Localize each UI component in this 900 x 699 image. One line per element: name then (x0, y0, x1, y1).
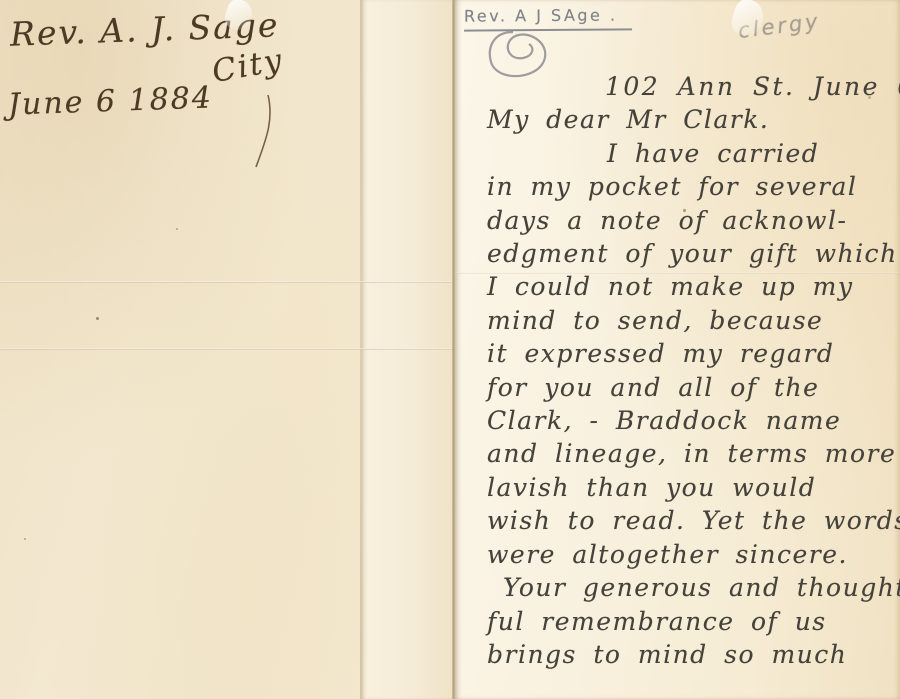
letter-line: days a note of acknowl- (487, 204, 895, 237)
letter-line: it expressed my regard (487, 337, 895, 370)
letter-salutation: My dear Mr Clark. (487, 103, 895, 136)
letter-body: I have carriedin my pocket for severalda… (487, 137, 895, 672)
letter-line: wish to read. Yet the words (487, 504, 895, 537)
recipient-city-annotation: City (209, 42, 286, 90)
letter-line: and lineage, in terms more (487, 437, 895, 470)
letter-text: 102 Ann St. June 6. 84. My dear Mr Clark… (487, 70, 895, 671)
paper-speck (176, 228, 178, 230)
letter-line: I have carried (487, 137, 895, 170)
paper-speck (868, 96, 871, 99)
letter-line: for you and all of the (487, 371, 895, 404)
pen-stroke-descender (248, 95, 278, 170)
letter-line: were altogether sincere. (487, 538, 895, 571)
letter-line: lavish than you would (487, 471, 895, 504)
letter-line: edgment of your gift which (487, 237, 895, 270)
letter-scan: Rev. A. J. Sage City June 6 1884 Rev. A … (0, 0, 900, 699)
horizontal-fold-crease (0, 281, 455, 283)
letter-line: in my pocket for several (487, 170, 895, 203)
paper-speck (24, 538, 26, 540)
letter-line: Your generous and thought- (487, 571, 895, 604)
horizontal-fold-crease (0, 348, 455, 350)
paper-speck (498, 653, 500, 655)
letter-dateline: 102 Ann St. June 6. 84. (487, 70, 895, 103)
paper-speck (683, 209, 686, 212)
date-annotation: June 6 1884 (7, 80, 213, 122)
letter-line: mind to send, because (487, 304, 895, 337)
letter-line: brings to mind so much (487, 638, 895, 671)
letter-line: I could not make up my (487, 270, 895, 303)
letter-line: Clark, - Braddock name (487, 404, 895, 437)
letter-line: ful remembrance of us (487, 605, 895, 638)
paper-speck (96, 317, 99, 320)
